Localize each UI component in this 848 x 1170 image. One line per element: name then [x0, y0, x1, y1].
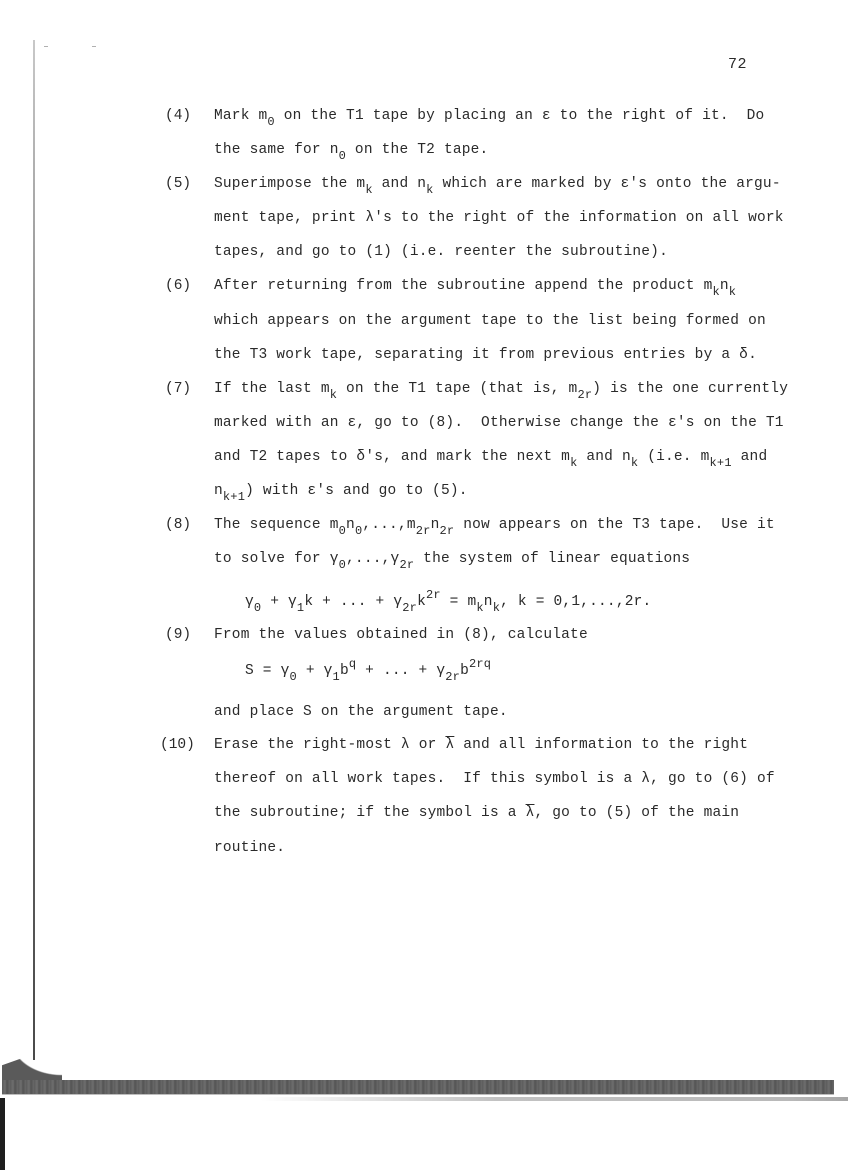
page-number: 72	[728, 56, 747, 73]
scanner-bottom-edge	[2, 1080, 834, 1095]
step-label: (6)	[165, 278, 191, 294]
scan-speck	[44, 46, 48, 47]
step-text-line: and place S on the argument tape.	[214, 704, 508, 720]
step-label: (10)	[160, 737, 195, 753]
linear-system-equation: γ0 + γ1k + ... + γ2rk2r = mknk, k = 0,1,…	[245, 594, 651, 610]
step-text-line: which appears on the argument tape to th…	[214, 313, 766, 329]
step-text-line: The sequence m0n0,...,m2rn2r now appears…	[214, 517, 775, 533]
step-text-line: marked with an ε, go to (8). Otherwise c…	[214, 415, 784, 431]
step-text-line: ment tape, print λ's to the right of the…	[214, 210, 784, 226]
step-text-line: the subroutine; if the symbol is a λ, go…	[214, 805, 739, 821]
step-label: (5)	[165, 176, 191, 192]
sum-equation: S = γ0 + γ1bq + ... + γ2rb2rq	[245, 663, 491, 679]
step-text-line: the same for n0 on the T2 tape.	[214, 142, 488, 158]
step-text-line: tapes, and go to (1) (i.e. reenter the s…	[214, 244, 668, 260]
step-text-line: Mark m0 on the T1 tape by placing an ε t…	[214, 108, 764, 124]
step-text-line: and T2 tapes to δ's, and mark the next m…	[214, 449, 767, 465]
step-text-line: nk+1) with ε's and go to (5).	[214, 483, 468, 499]
step-text-line: routine.	[214, 840, 285, 856]
lambda-bar-symbol: λ	[445, 737, 454, 753]
scanner-shadow	[260, 1097, 848, 1101]
step-label: (8)	[165, 517, 191, 533]
step-text-line: If the last mk on the T1 tape (that is, …	[214, 381, 788, 397]
step-text-line: thereof on all work tapes. If this symbo…	[214, 771, 775, 787]
step-text-line: After returning from the subroutine appe…	[214, 278, 736, 294]
step-text-line: Superimpose the mk and nk which are mark…	[214, 176, 781, 192]
scan-speck	[92, 46, 96, 47]
page-binding-edge	[33, 40, 35, 1060]
step-text-line: From the values obtained in (8), calcula…	[214, 627, 588, 643]
step-text-line: Erase the right-most λ or λ and all info…	[214, 737, 748, 753]
step-label: (9)	[165, 627, 191, 643]
step-text-line: the T3 work tape, separating it from pre…	[214, 347, 757, 363]
step-label: (7)	[165, 381, 191, 397]
step-label: (4)	[165, 108, 191, 124]
page-binding-curl	[2, 1040, 62, 1082]
step-text-line: to solve for γ0,...,γ2r the system of li…	[214, 551, 690, 567]
scanner-left-edge	[0, 1098, 5, 1170]
